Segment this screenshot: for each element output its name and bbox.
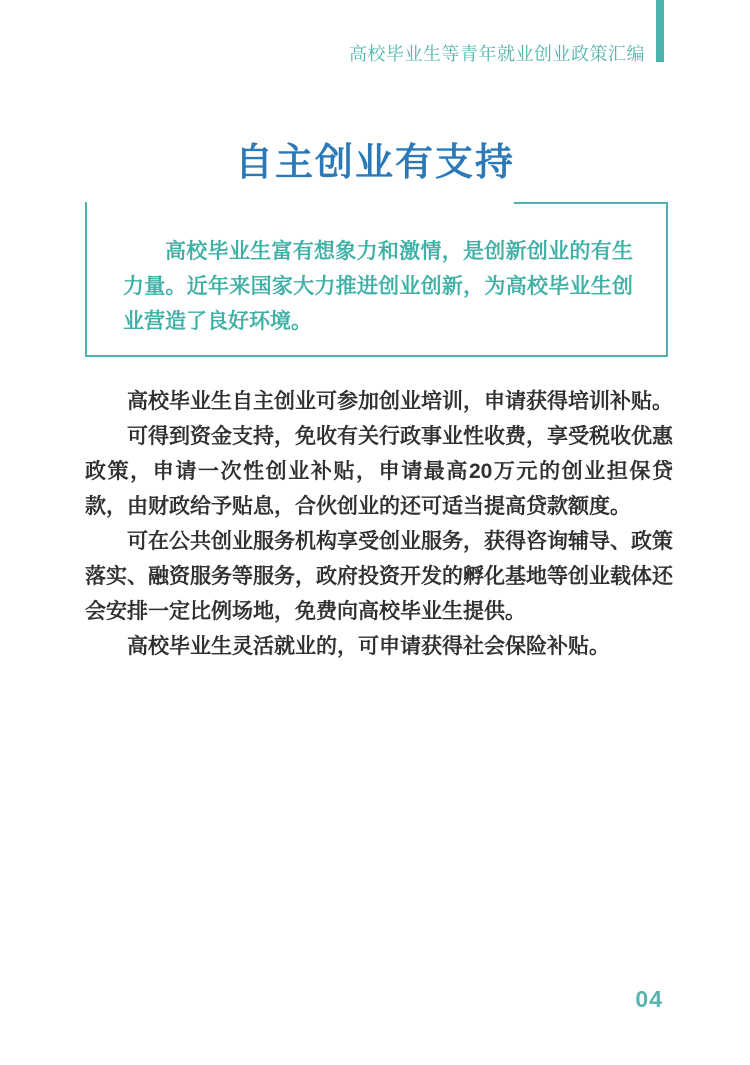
intro-quote-box: 高校毕业生富有想象力和激情，是创新创业的有生力量。近年来国家大力推进创业创新，为… [85, 202, 668, 357]
intro-text: 高校毕业生富有想象力和激情，是创新创业的有生力量。近年来国家大力推进创业创新，为… [123, 234, 633, 339]
page-title: 自主创业有支持 [0, 131, 750, 186]
paragraph-1: 高校毕业生自主创业可参加创业培训，申请获得培训补贴。 [85, 384, 673, 419]
running-header: 高校毕业生等青年就业创业政策汇编 [349, 40, 645, 66]
page-number: 04 [635, 986, 663, 1013]
document-page: 高校毕业生等青年就业创业政策汇编 自主创业有支持 高校毕业生富有想象力和激情，是… [0, 0, 750, 1065]
box-top-border-segment [514, 202, 666, 204]
paragraph-2: 可得到资金支持，免收有关行政事业性收费，享受税收优惠政策，申请一次性创业补贴，申… [85, 419, 673, 524]
paragraph-4: 高校毕业生灵活就业的，可申请获得社会保险补贴。 [85, 629, 673, 664]
body-text: 高校毕业生自主创业可参加创业培训，申请获得培训补贴。 可得到资金支持，免收有关行… [85, 384, 673, 664]
top-accent-bar [656, 0, 664, 62]
paragraph-3: 可在公共创业服务机构享受创业服务，获得咨询辅导、政策落实、融资服务等服务，政府投… [85, 524, 673, 629]
